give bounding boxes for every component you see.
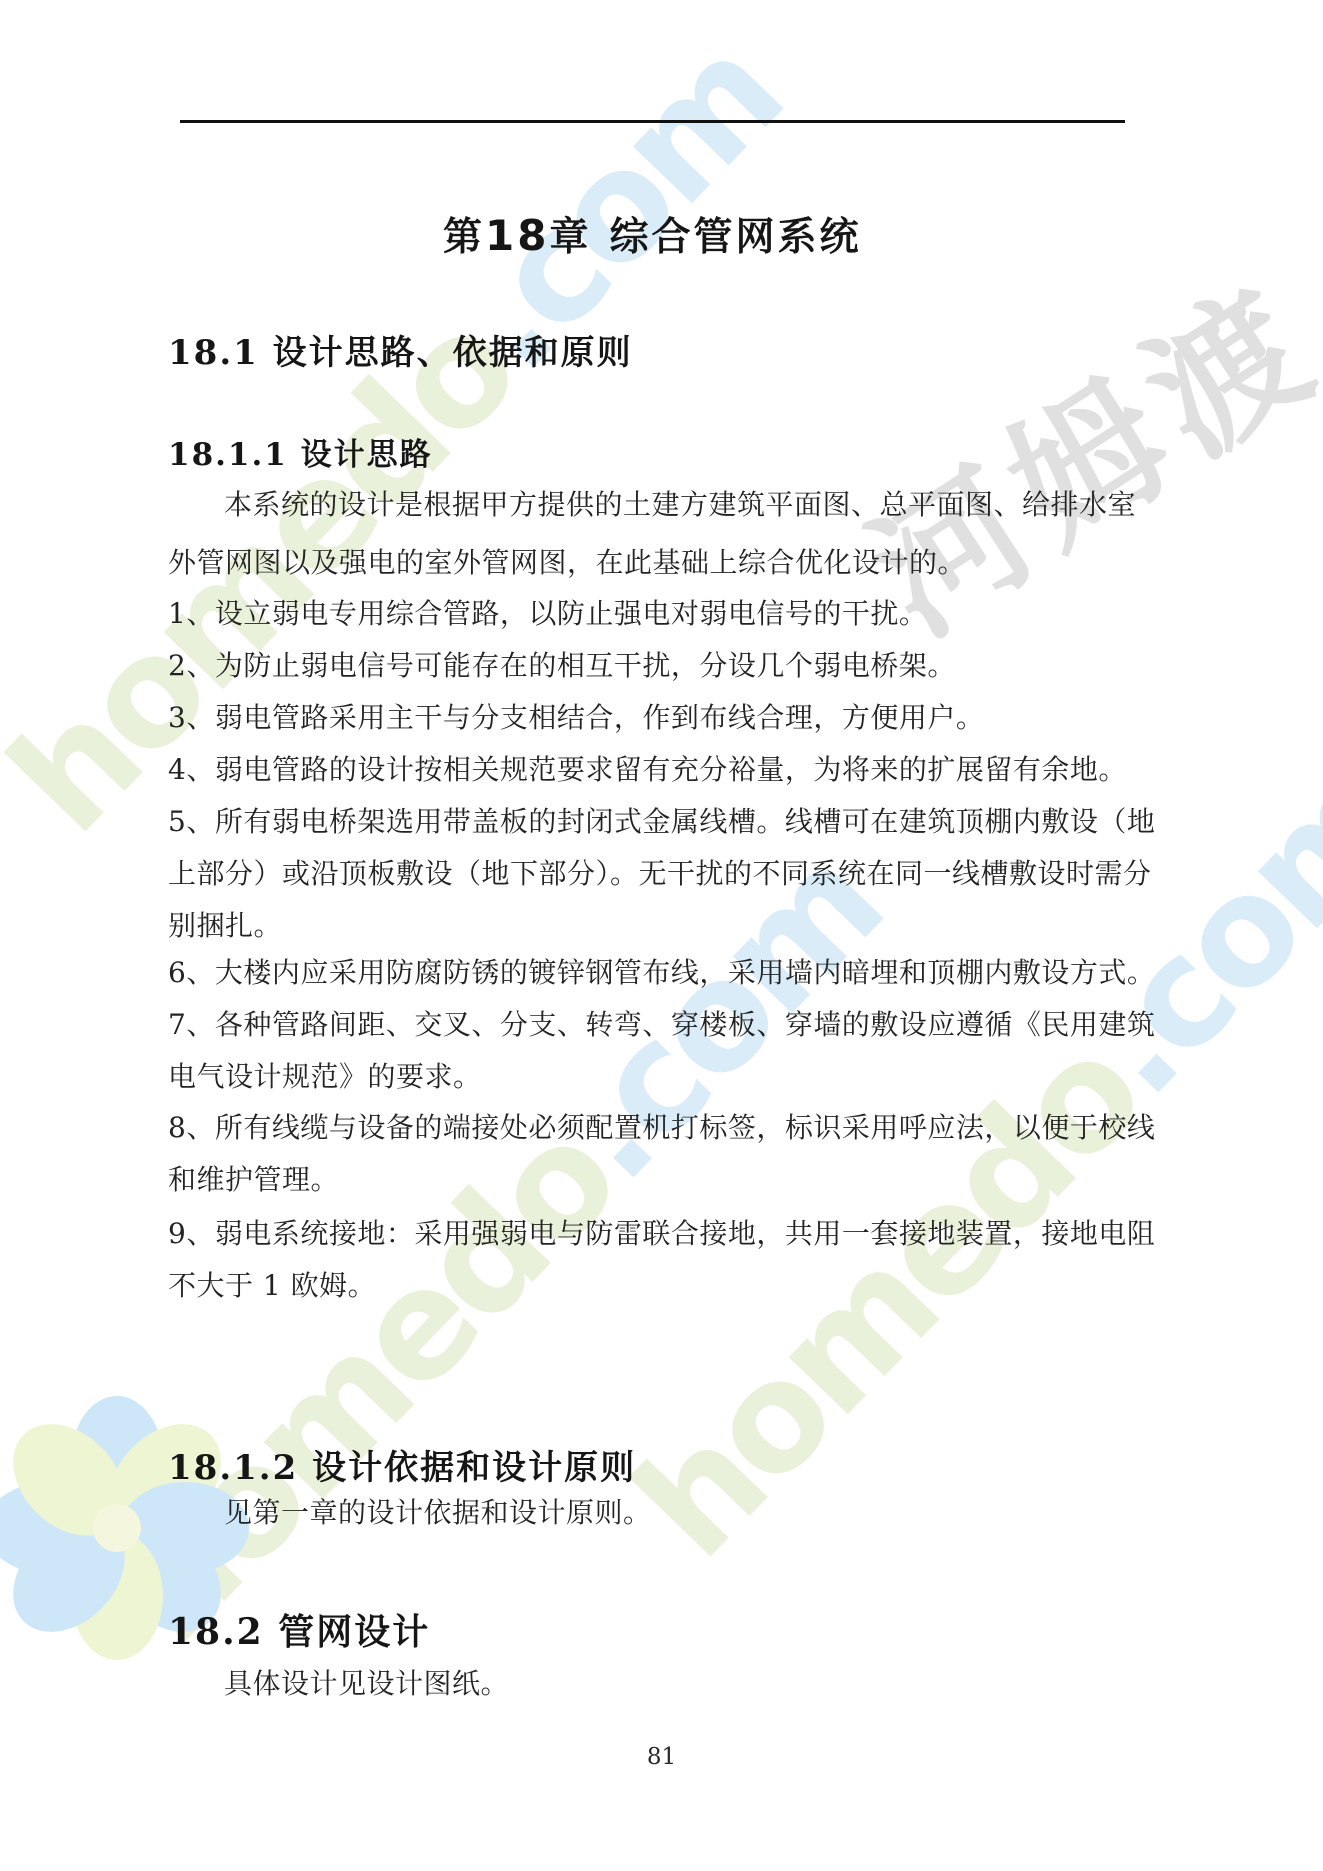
body-line: 不大于 1 欧姆。 — [168, 1269, 376, 1303]
body-line: 电气设计规范》的要求。 — [168, 1060, 482, 1094]
body-line: 9、弱电系统接地：采用强弱电与防雷联合接地，共用一套接地装置，接地电阻 — [168, 1217, 1155, 1251]
subsection-heading-18-1-2: 18.1.2 设计依据和设计原则 — [168, 1440, 636, 1489]
document-page: homedo.com homedo.com homedo.com 河姆渡 第18… — [0, 0, 1323, 1871]
page-number: 81 — [0, 1744, 1323, 1770]
body-line: 本系统的设计是根据甲方提供的土建方建筑平面图、总平面图、给排水室 — [224, 488, 1136, 522]
subsection-heading-18-1-1: 18.1.1 设计思路 — [168, 429, 433, 474]
body-line: 6、大楼内应采用防腐防锈的镀锌钢管布线，采用墙内暗埋和顶棚内敷设方式。 — [168, 956, 1155, 990]
body-line: 上部分）或沿顶板敷设（地下部分）。无干扰的不同系统在同一线槽敷设时需分 — [168, 857, 1152, 891]
body-line: 外管网图以及强电的室外管网图，在此基础上综合优化设计的。 — [168, 546, 966, 580]
body-line: 别捆扎。 — [168, 909, 282, 943]
chapter-title: 第18章综合管网系统 — [443, 206, 862, 262]
section-heading-18-2: 18.2 管网设计 — [168, 1604, 430, 1655]
body-line: 8、所有线缆与设备的端接处必须配置机打标签，标识采用呼应法，以便于校线 — [168, 1111, 1155, 1145]
body-line: 5、所有弱电桥架选用带盖板的封闭式金属线槽。线槽可在建筑顶棚内敷设（地 — [168, 805, 1155, 839]
chapter-name: 综合管网系统 — [609, 214, 861, 260]
section-heading-18-1: 18.1 设计思路、依据和原则 — [168, 325, 633, 374]
body-line: 3、弱电管路采用主干与分支相结合，作到布线合理，方便用户。 — [168, 701, 984, 735]
body-line: 2、为防止弱电信号可能存在的相互干扰，分设几个弱电桥架。 — [168, 649, 956, 683]
header-rule — [180, 120, 1125, 123]
body-line: 4、弱电管路的设计按相关规范要求留有充分裕量，为将来的扩展留有余地。 — [168, 753, 1127, 787]
chapter-title-pre: 第 — [443, 214, 485, 260]
body-line: 见第一章的设计依据和设计原则。 — [224, 1496, 652, 1530]
body-line: 和维护管理。 — [168, 1163, 339, 1197]
body-line: 具体设计见设计图纸。 — [224, 1667, 509, 1701]
body-line: 1、设立弱电专用综合管路，以防止强电对弱电信号的干扰。 — [168, 597, 927, 631]
body-line: 7、各种管路间距、交叉、分支、转弯、穿楼板、穿墙的敷设应遵循《民用建筑 — [168, 1008, 1155, 1042]
chapter-number: 18 — [485, 211, 549, 260]
chapter-title-post: 章 — [549, 214, 591, 260]
